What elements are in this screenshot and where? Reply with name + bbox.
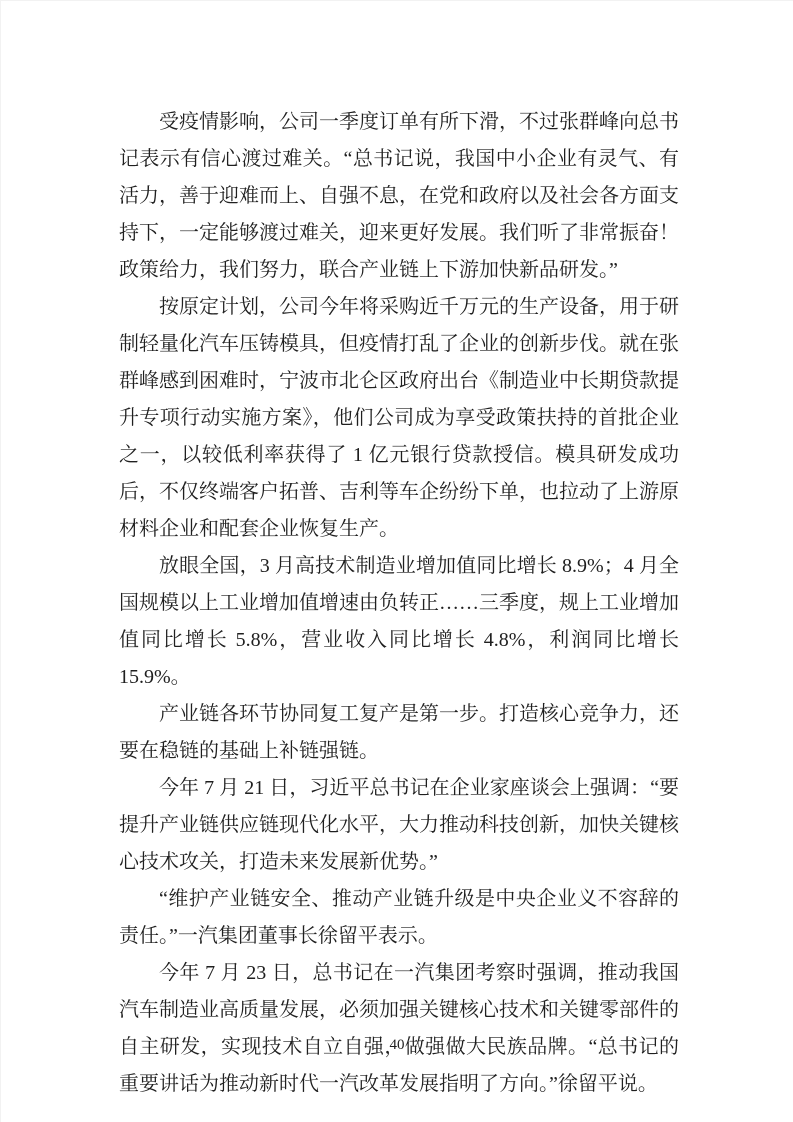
paragraph: 按原定计划，公司今年将采购近千万元的生产设备，用于研制轻量化汽车压铸模具，但疫情… (119, 289, 679, 548)
paragraph: 产业链各环节协同复工复产是第一步。打造核心竞争力，还要在稳链的基础上补链强链。 (119, 696, 679, 770)
paragraph: 今年 7 月 23 日，总书记在一汽集团考察时强调，推动我国汽车制造业高质量发展… (119, 955, 679, 1103)
paragraph: “维护产业链安全、推动产业链升级是中央企业义不容辞的责任。”一汽集团董事长徐留平… (119, 881, 679, 955)
paragraph: 放眼全国，3 月高技术制造业增加值同比增长 8.9%；4 月全国规模以上工业增加… (119, 548, 679, 696)
page-number: 40 (1, 1037, 793, 1054)
document-page: 受疫情影响，公司一季度订单有所下滑，不过张群峰向总书记表示有信心渡过难关。“总书… (0, 0, 793, 1122)
article-body: 受疫情影响，公司一季度订单有所下滑，不过张群峰向总书记表示有信心渡过难关。“总书… (119, 104, 679, 1103)
paragraph: 受疫情影响，公司一季度订单有所下滑，不过张群峰向总书记表示有信心渡过难关。“总书… (119, 104, 679, 289)
paragraph: 今年 7 月 21 日，习近平总书记在企业家座谈会上强调：“要提升产业链供应链现… (119, 770, 679, 881)
